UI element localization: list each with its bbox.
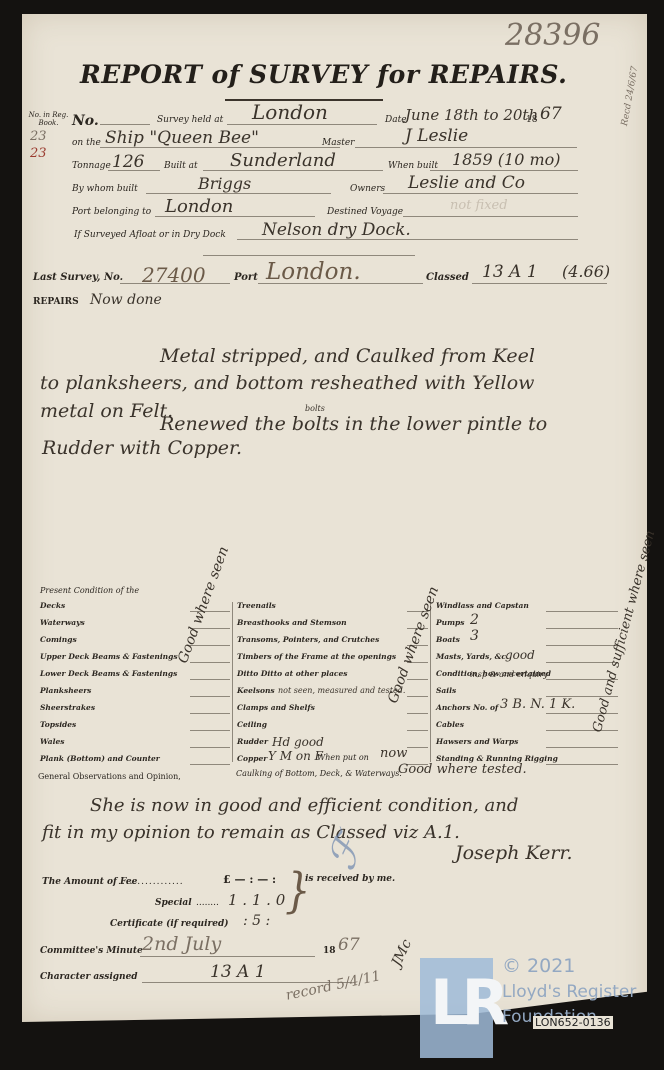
condition-item-label: Copper: [237, 754, 267, 763]
reg-book-value-1: 23: [30, 129, 47, 144]
master-label: Master: [322, 138, 354, 148]
character-assigned-value: 13 A 1: [210, 962, 266, 982]
condition-item-label: Wales: [40, 737, 64, 746]
owners-value: Leslie and Co: [408, 173, 525, 193]
condition-item-line: [546, 645, 618, 646]
condition-item-label: Ditto Ditto at other places: [237, 669, 348, 678]
condition-item-line: [190, 696, 230, 697]
built-at-value: Sunderland: [230, 150, 336, 171]
date-label: Date: [385, 115, 407, 125]
classed-date: (4.66): [562, 262, 610, 281]
condition-item-line: [546, 747, 618, 748]
condition-item-line: [190, 764, 230, 765]
when-put-on-label: When put on: [317, 753, 369, 762]
last-survey-port-value: London.: [266, 259, 361, 285]
owners-label: Owners: [350, 184, 385, 194]
last-survey-number: 27400: [142, 263, 206, 287]
year-prefix: 18: [526, 115, 537, 125]
repairs-line-3: metal on Felt.: [40, 400, 173, 422]
repairs-label: REPAIRS: [33, 297, 79, 307]
page-title: REPORT of SURVEY for REPAIRS.: [80, 60, 567, 89]
masts-value: good: [505, 648, 535, 662]
repairs-insertion: bolts: [305, 404, 325, 413]
survey-held-value: London: [252, 100, 328, 124]
condition-item-line: [407, 713, 428, 714]
repairs-line-2: to planksheers, and bottom resheathed wi…: [40, 372, 534, 394]
repairs-line-1: Metal stripped, and Caulked from Keel: [160, 345, 535, 367]
condition-item-label: Keelsons: [237, 686, 275, 695]
classed-value: 13 A 1: [482, 262, 538, 282]
condition-item-label: Breasthooks and Stemson: [237, 618, 347, 627]
committee-minute-label: Committee's Minute: [40, 946, 143, 956]
condition-item-label: Treenails: [237, 601, 276, 610]
special-fee-value: 1 . 1 . 0: [228, 891, 285, 909]
condition-item-line: [190, 679, 230, 680]
condition-item-line: [546, 611, 618, 612]
condition-item-label: Cables: [436, 720, 464, 729]
committee-year-value: 67: [338, 935, 360, 955]
condition-item-label: Comings: [40, 635, 77, 644]
observations-label: General Observations and Opinion,: [38, 772, 181, 781]
port-belonging-label: Port belonging to: [72, 207, 151, 217]
condition-item-line: [546, 730, 618, 731]
lr-logo-letters: LR: [430, 966, 501, 1039]
dock-value: Nelson dry Dock.: [262, 220, 411, 240]
rudder-value: Hd good: [272, 735, 324, 749]
condition-item-line: [407, 747, 428, 748]
survey-held-label: Survey held at: [157, 115, 223, 125]
condition-item-line: [407, 696, 428, 697]
reg-book-label: No. in Reg. Book.: [26, 111, 71, 127]
condition-item-label: Plank (Bottom) and Counter: [40, 754, 160, 763]
dock-label: If Surveyed Afloat or in Dry Dock: [74, 230, 226, 240]
archive-number: 28396: [505, 18, 600, 53]
condition-item-label: Timbers of the Frame at the openings: [237, 652, 396, 661]
when-built-value: 1859 (10 mo): [452, 150, 561, 169]
destined-voyage-value: not fixed: [450, 198, 508, 213]
master-value: J Leslie: [405, 126, 468, 146]
condition-item-label: Transoms, Pointers, and Crutches: [237, 635, 379, 644]
condition-item-label: Topsides: [40, 720, 76, 729]
fee-amount-value: £ — : — :: [223, 873, 276, 886]
condition-item-label: Ceiling: [237, 720, 267, 729]
committee-minute-value: 2nd July: [142, 933, 221, 955]
condition-item-line: [546, 764, 618, 765]
reference-code: LON652-0136: [533, 1016, 613, 1029]
caulking-value: Good where tested.: [398, 762, 527, 777]
condition-item-label: Planksheers: [40, 686, 91, 695]
condition-item-label: Windlass and Capstan: [436, 601, 529, 610]
condition-item-line: [190, 730, 230, 731]
condition-item-label: Clamps and Shelfs: [237, 703, 315, 712]
fee-received-label: is received by me.: [305, 874, 395, 884]
watermark-line-1: Lloyd's Register: [502, 982, 636, 1002]
caulking-label: Caulking of Bottom, Deck, & Waterways.: [236, 769, 402, 778]
tonnage-label: Tonnage: [72, 161, 111, 171]
last-survey-label: Last Survey, No.: [33, 272, 123, 283]
watermark-copyright: © 2021: [502, 955, 575, 977]
condition-item-label: Pumps: [436, 618, 465, 627]
observations-line-2: fit in my opinion to remain as Classed v…: [42, 822, 460, 843]
boats-value: 3: [470, 628, 479, 644]
condition-item-line: [407, 730, 428, 731]
condition-item-label: Waterways: [40, 618, 85, 627]
by-whom-value: Briggs: [198, 174, 251, 193]
condition-item-label: Sheerstrakes: [40, 703, 95, 712]
character-assigned-label: Character assigned: [40, 972, 138, 982]
condition-item-label: Rudder: [237, 737, 268, 746]
by-whom-label: By whom built: [72, 184, 138, 194]
last-survey-port-label: Port: [234, 272, 258, 283]
when-put-on-value: now: [380, 746, 407, 761]
surveyor-signature: Joseph Kerr.: [455, 842, 573, 864]
condition-item-line: [190, 662, 230, 663]
no-label: No.: [72, 113, 99, 129]
condition-ascertained-value: insp & and enquiry: [470, 670, 548, 679]
condition-item-line: [546, 628, 618, 629]
date-value: June 18th to 20th: [405, 106, 538, 124]
condition-item-label: Upper Deck Beams & Fastenings: [40, 652, 178, 661]
year-value: 67: [540, 104, 562, 124]
copper-value: Y M on F: [268, 749, 323, 763]
keelsons-value: not seen, measured and tested.: [278, 686, 405, 695]
anchors-value: 3 B. N. 1 K.: [500, 697, 575, 712]
repairs-status: Now done: [90, 292, 162, 308]
condition-item-line: [190, 713, 230, 714]
ship-label: on the: [72, 138, 101, 148]
condition-item-line: [407, 679, 428, 680]
condition-item-label: Sails: [436, 686, 456, 695]
certificate-value: : 5 :: [243, 913, 270, 929]
condition-item-label: Lower Deck Beams & Fastenings: [40, 669, 177, 678]
condition-item-label: Anchors No. of: [436, 703, 498, 712]
condition-item-line: [190, 747, 230, 748]
special-fee-label: Special: [155, 898, 192, 908]
condition-heading: Present Condition of the: [40, 586, 139, 595]
committee-year-prefix: 18: [323, 946, 336, 956]
classed-label: Classed: [426, 272, 469, 283]
built-at-label: Built at: [164, 161, 198, 171]
observations-line-1: She is now in good and efficient conditi…: [90, 795, 518, 816]
repairs-line-5: Rudder with Copper.: [42, 437, 242, 459]
port-belonging-value: London: [165, 196, 233, 217]
condition-item-label: Decks: [40, 601, 65, 610]
pumps-value: 2: [470, 612, 479, 628]
condition-item-label: Boats: [436, 635, 460, 644]
reg-book-value-2: 23: [30, 146, 47, 161]
condition-item-label: Masts, Yards, &c.: [436, 652, 509, 661]
repairs-line-4: Renewed the bolts in the lower pintle to: [160, 413, 547, 435]
ship-name-value: Ship "Queen Bee": [105, 128, 259, 148]
certificate-label: Certificate (if required): [110, 919, 229, 929]
destined-voyage-label: Destined Voyage: [327, 207, 403, 217]
tonnage-value: 126: [112, 152, 144, 172]
condition-item-label: Hawsers and Warps: [436, 737, 518, 746]
